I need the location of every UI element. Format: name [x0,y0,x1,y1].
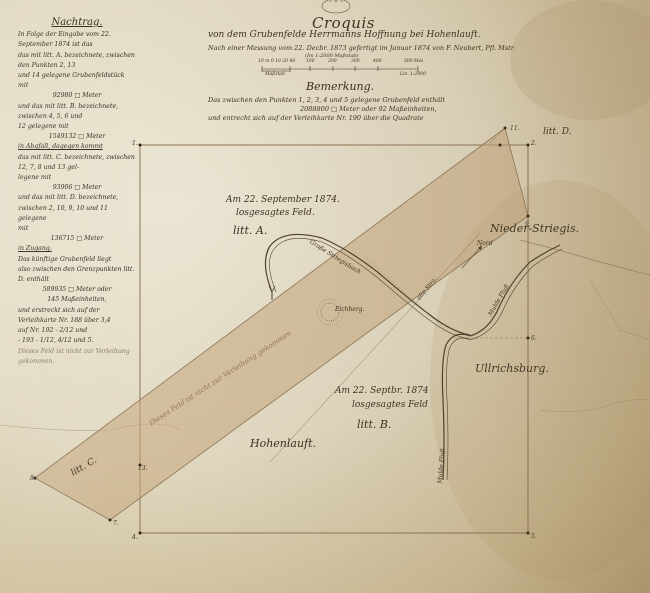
scale-right-caption: Lin. 1:2000 [400,72,426,77]
scale-ticks: 10 m 0 10 20 40 [258,59,295,64]
note-line: Das künftige Grubenfeld liegt [18,255,136,265]
point-label: 6. [531,335,537,342]
nachtrag-heading: Nachtrag. [18,18,136,28]
scale-tick: 200 [328,59,337,64]
scale-bar-graphic [262,66,418,72]
note-line: das mit litt. A. bezeichnete, zwischen d… [18,51,136,71]
hill-label: Eichberg. [335,306,365,313]
field-b-label: litt. B. [357,418,391,431]
field-a-label: litt. A. [233,224,267,237]
note-line: In Folge der Eingabe vom 22. September 1… [18,30,136,50]
note-line: legene mit [18,173,136,183]
remark-line: und entrecht sich auf der Verleihkarte N… [208,114,424,122]
note-line: also zwischen den Grenzpunkten litt. [18,265,136,275]
map-subtitle: von dem Grubenfelde Herrmanns Hoffnung b… [208,30,481,40]
map-sheet: Croquis von dem Grubenfelde Herrmanns Ho… [0,0,650,593]
note-line: - 193 - 1/12, 4/12 und 5. [18,336,136,346]
point-label: 2. [531,140,537,147]
point-label: 1. [132,140,138,147]
point-label: 8. [30,475,36,482]
point-label: 13. [138,465,148,472]
note-area: 92980 □ Meter [18,91,136,101]
remark-line: 2088800 □ Meter oder 92 Maßeinheiten, [300,105,437,113]
scale-tick: 500 Met. [404,59,425,64]
note-line: das mit litt. C. bezeichnete, zwischen 1… [18,153,136,173]
note-area: 1549132 □ Meter [18,132,136,142]
point-label: 7. [113,520,119,527]
seal-icon [322,0,350,13]
field-a-date: Am 22. September 1874. [226,195,340,205]
survey-note: Nach einer Messung vom 22. Decbr. 1873 g… [208,44,515,52]
note-area: 589935 □ Meter oder [18,285,136,295]
place-nieder-striegis: Nieder-Striegis. [490,222,579,235]
note-area: 93906 □ Meter [18,183,136,193]
remark-line: Das zwischen den Punkten 1, 2, 3, 4 und … [208,96,445,104]
point-label: 9. [525,221,531,228]
point-label: 4. [132,534,138,541]
note-line: in Abgfall, dagegen kommt [18,142,136,152]
remark-heading: Bemerkung. [306,80,374,93]
note-line: und 14 gelegene Grubenfeldstück mit [18,71,136,91]
place-hohenlauft: Hohenlauft. [250,437,316,450]
note-line: und erstreckt sich auf der Verleihkarte … [18,306,136,326]
field-b-text: losgesagtes Feld [352,400,428,410]
field-b-date: Am 22. Septbr. 1874 [335,386,429,396]
point-label: 11. [510,125,520,132]
note-line: 145 Maßeinheiten, [18,295,136,305]
scale-tick: 300 [351,59,360,64]
note-line: zwischen 2, 10, 9, 10 und 11 gelegene [18,204,136,224]
nachtrag-notes: Nachtrag. In Folge der Eingabe vom 22. S… [18,18,136,367]
note-line: und das mit litt. D. bezeichnete, [18,193,136,203]
north-label: Nord [477,240,493,247]
note-line: D. enthält [18,275,136,285]
scale-tick: 100 [306,59,315,64]
note-line: auf Nr. 192 - 2/12 und [18,326,136,336]
point-label: 5. [531,533,537,540]
field-a-text: losgesagtes Feld. [236,208,315,218]
scale-tick: 400 [373,59,382,64]
note-line: mit [18,224,136,234]
field-d-label: litt. D. [543,127,571,137]
place-ullrichsburg: Ullrichsburg. [475,362,549,375]
note-line: 12 gelegene mit [18,122,136,132]
note-area: 136715 □ Meter [18,234,136,244]
note-line: und das mit litt. B. bezeichnete, zwisch… [18,102,136,122]
note-line: in Zugang. [18,244,136,254]
note-line-faded: Dieses Feld ist nicht zur Verleihung gek… [18,347,136,367]
scale-left-caption: Maßstab [265,72,285,77]
